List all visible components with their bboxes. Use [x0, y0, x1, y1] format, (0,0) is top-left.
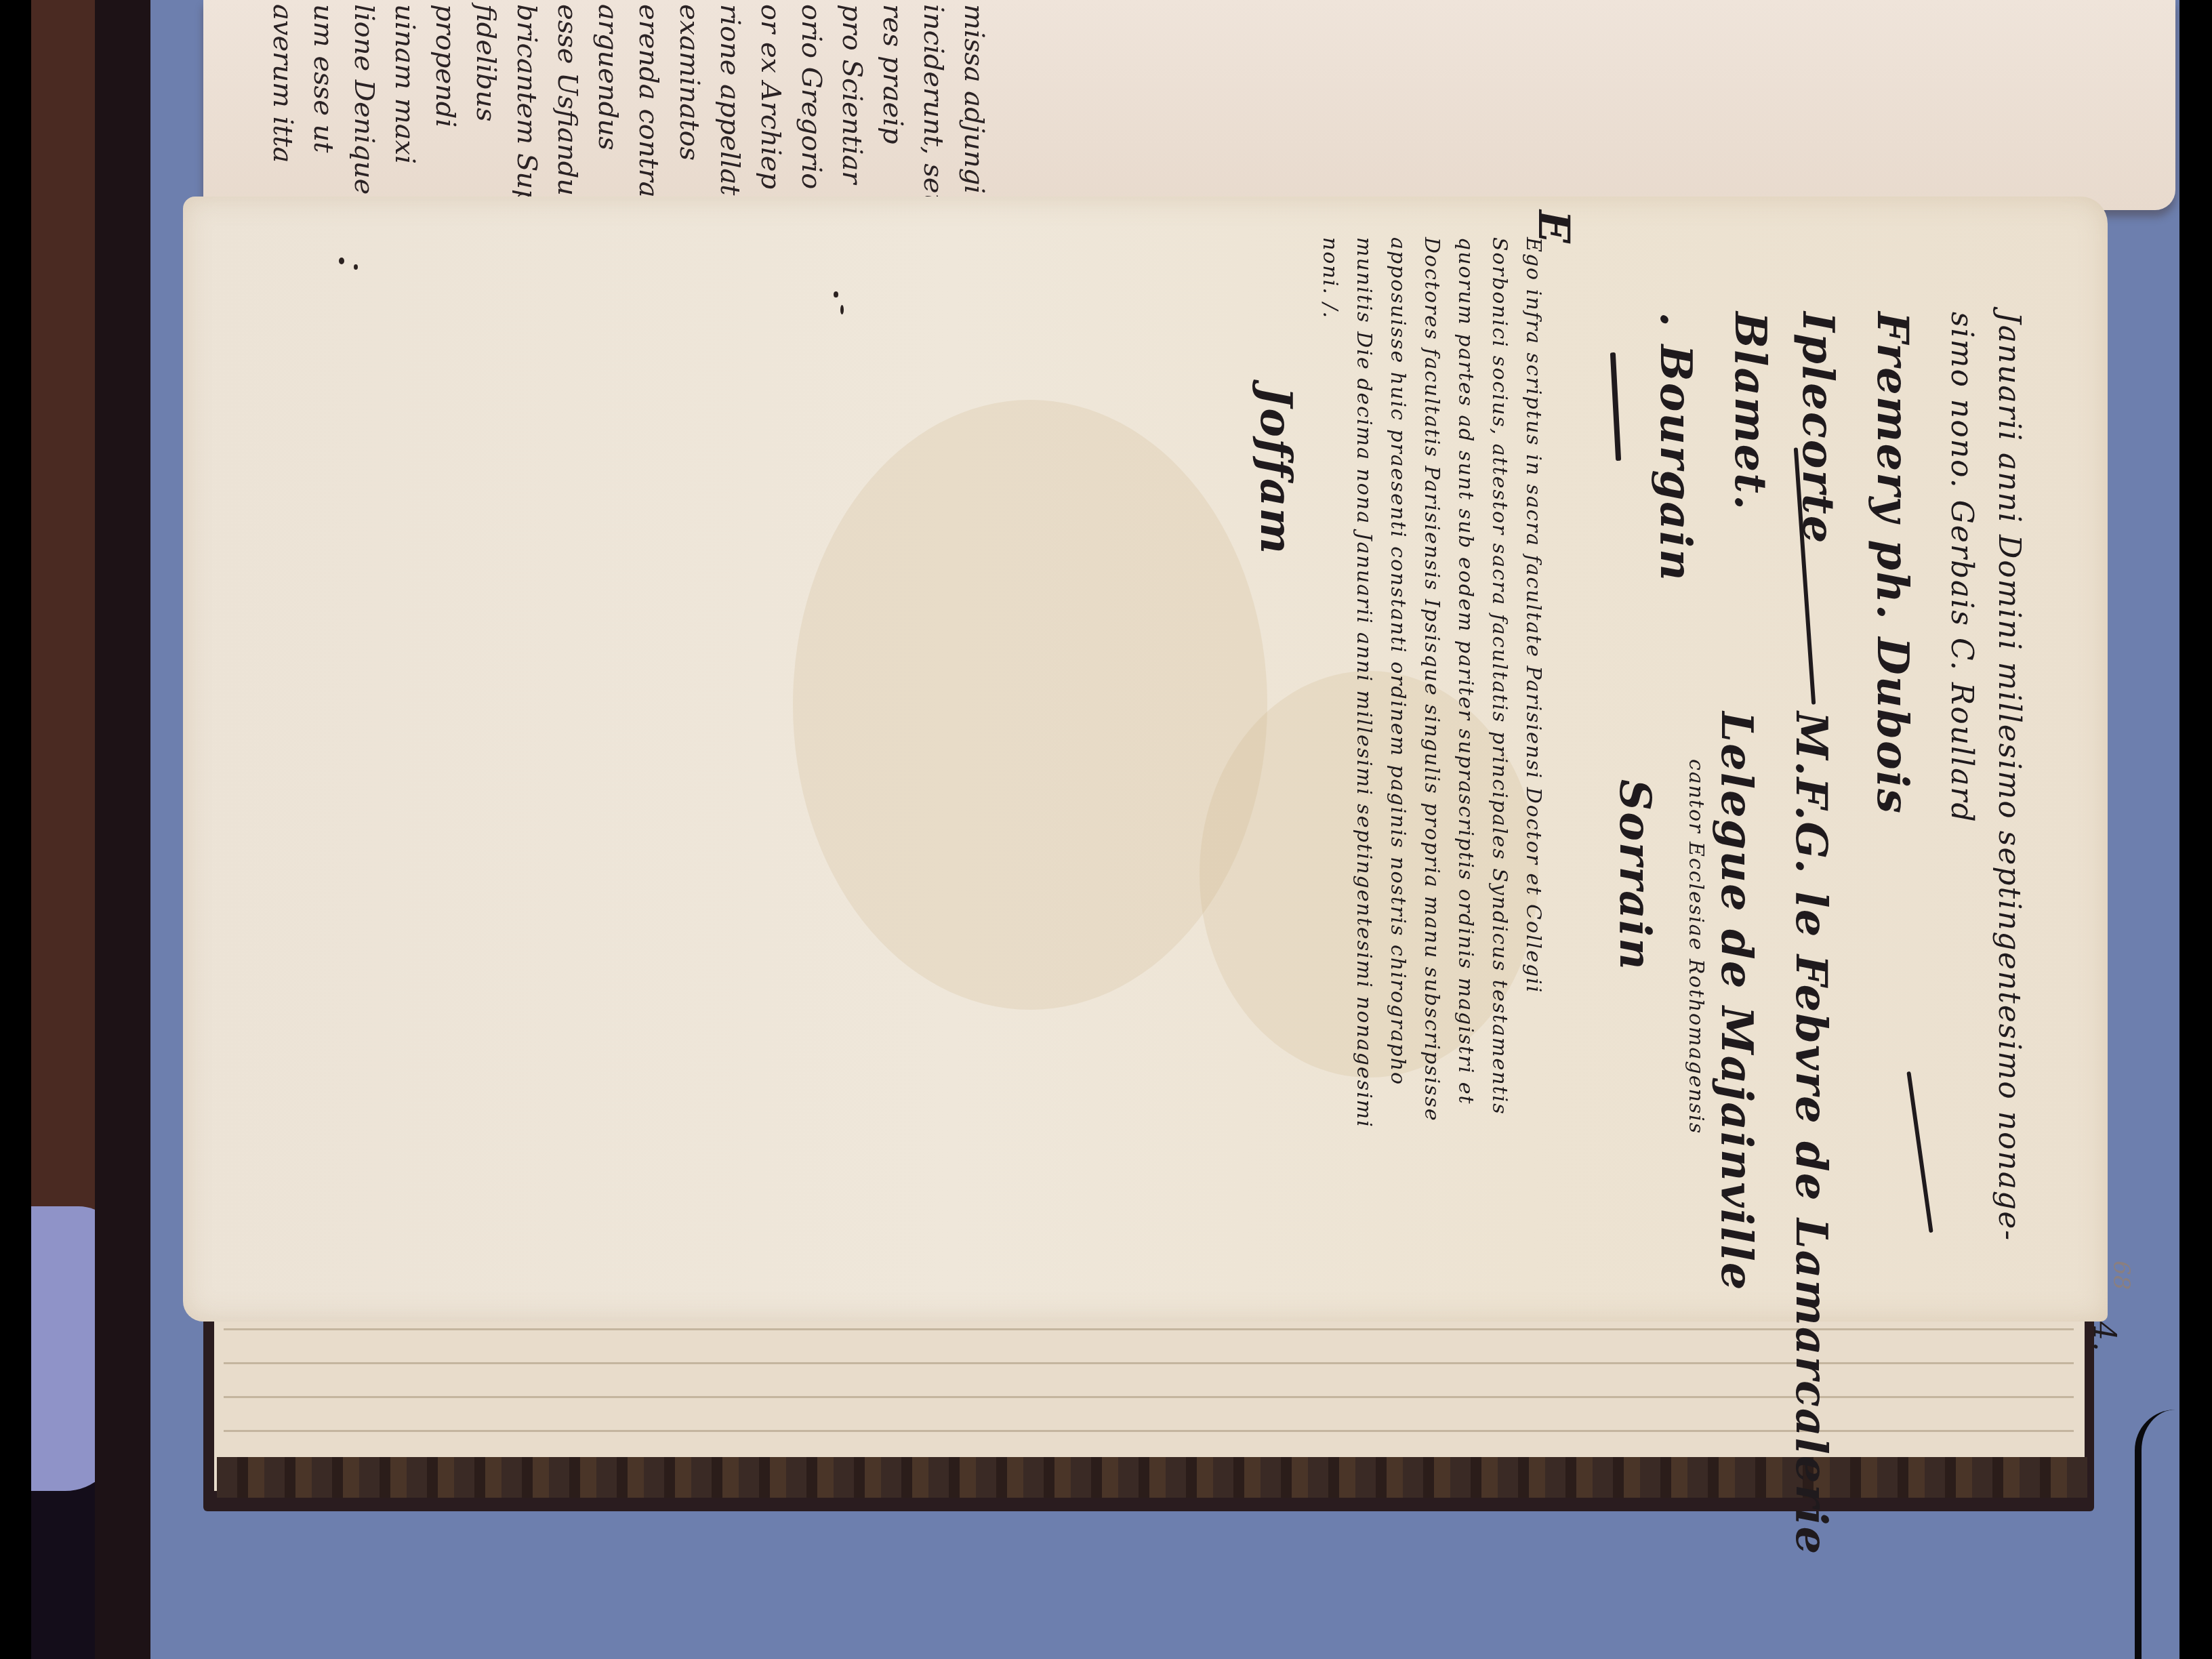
text-column: orio Gregorio [796, 4, 827, 189]
book-cover-edge [95, 0, 150, 1659]
text-column: inciderunt, seu [918, 4, 949, 211]
signature-line: . Bourgain [1650, 312, 1701, 582]
flourish-rule [1610, 352, 1621, 461]
text-column: fidelibus [470, 4, 501, 121]
attestation-line: quorum partes ad sunt sub eodem pariter … [1454, 237, 1477, 1105]
entry-number: 4. [2087, 1322, 2121, 1353]
text-column: averum itta [267, 4, 298, 163]
signature-line: Fremery ph. Dubois [1867, 312, 1918, 815]
attestation-signature: Joffam [1250, 386, 1301, 555]
ink-speck [339, 258, 344, 264]
attestation-line: Doctores facultatis Parisiensis Ipsisque… [1420, 237, 1443, 1122]
text-column: res praeip [877, 4, 908, 144]
text-column: propendi [430, 4, 461, 127]
signature-line: Blamet. [1725, 312, 1776, 511]
flourish-rule [1906, 1071, 1933, 1233]
folio-number: 68 [2108, 1261, 2135, 1290]
text-column: esse Usfiandum [552, 4, 583, 222]
photo-stage: missa adjungi inciderunt, seu res praeip… [0, 0, 2212, 1659]
text-column: bricantem Sup [511, 4, 542, 207]
text-column: arguendus [592, 4, 623, 150]
text-column: um esse ut [308, 4, 339, 152]
ink-speck [840, 305, 844, 314]
attestation-line: Sorbonici socius, attestor sacra faculta… [1488, 237, 1511, 1115]
text-column: rione appellat [714, 4, 745, 195]
text-column: examinatos [674, 4, 705, 161]
text-column: lione Denique [348, 4, 380, 194]
text-column: erenda contra [633, 4, 664, 198]
attestation-line: apposuisse huic praesenti constanti ordi… [1386, 237, 1410, 1086]
attestation-line: munitis Die decima nona Januarii anni mi… [1352, 237, 1376, 1128]
attestation-line: Ego infra scriptus in sacra facultate Pa… [1521, 237, 1545, 994]
letterbox-right [2179, 0, 2212, 1659]
ink-speck [834, 291, 838, 298]
signature-title: cantor Ecclesiae Rothomagensis [1684, 759, 1708, 1134]
signature-line: M.F.G. le Febvre de Lamarcalerie [1786, 712, 1837, 1555]
date-line: Januarii anni Domini millesimo septingen… [1992, 312, 2026, 1242]
signature-line: simo nono. Gerbais C. Roullard [1944, 312, 1979, 823]
text-column: pro Scientiar [836, 4, 867, 184]
signature-line: Lelegue de Majainville [1711, 712, 1762, 1291]
attestation-line: noni. /. [1318, 237, 1342, 319]
letterbox-left [0, 0, 31, 1659]
signature-line: Sorrain [1610, 779, 1660, 971]
ink-speck [354, 264, 358, 270]
text-column: missa adjungi [958, 4, 989, 194]
manuscript-page: 68 4. Januarii anni Domini millesimo sep… [183, 197, 2108, 1322]
text-column: uinam maxi [389, 4, 420, 164]
previous-page: missa adjungi inciderunt, seu res praeip… [203, 0, 2175, 210]
paper-stain [793, 400, 1267, 1010]
text-column: or ex Archiep [755, 4, 786, 189]
